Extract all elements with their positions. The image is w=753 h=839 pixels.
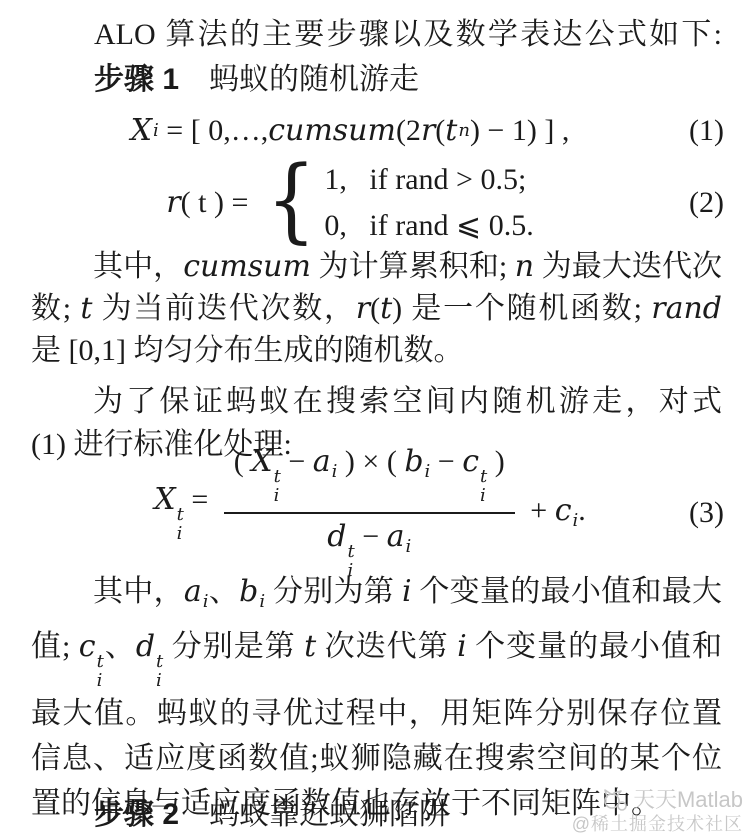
text-seg: 值;	[31, 630, 79, 663]
watermark-title: 天天Matlab	[633, 788, 743, 812]
text-seg: i	[402, 574, 412, 609]
text-line: 其中，cumsum 为计算累积和; n 为最大迭代次	[31, 246, 722, 288]
equation-3-tail: + ci.	[523, 494, 586, 531]
text-seg: b	[404, 444, 423, 479]
text-seg: rand	[651, 291, 722, 326]
text-line: 数; t 为当前迭代次数，r(t) 是一个随机函数; rand	[31, 288, 722, 330]
fraction-numerator: ( Xti − ai ) × ( bi − cti )	[224, 445, 515, 514]
text-seg: r	[356, 291, 370, 326]
watermark-cat-icon	[600, 787, 628, 813]
text-seg: 分别为第	[265, 575, 402, 608]
text-seg: i	[457, 629, 467, 664]
text-seg: cumsum	[268, 114, 396, 149]
text-seg: −	[355, 520, 387, 553]
text-seg: X	[154, 482, 175, 517]
equation-3-number: (3)	[660, 496, 724, 531]
text-seg: 步骤 2	[94, 798, 179, 831]
equation-1-body: Xi = [ 0,…,cumsum(2r(tn) − 1) ] ,	[40, 114, 660, 149]
text-seg: X	[131, 114, 152, 149]
watermark-line-1: 天天Matlab	[572, 787, 743, 813]
text-line: 信息、适应度函数值;蚁狮隐藏在搜索空间的某个位	[31, 736, 722, 781]
text-seg: 数;	[31, 292, 80, 325]
text-seg: −	[281, 445, 313, 478]
paragraph-cumsum-explanation: 其中，cumsum 为计算累积和; n 为最大迭代次 数; t 为当前迭代次数，…	[31, 246, 722, 372]
text-seg: 为了保证蚂蚁在搜索空间内随机游走，对式	[93, 385, 722, 418]
text-seg: (2	[396, 114, 421, 149]
text-seg: 、	[209, 575, 240, 608]
paper-page: ALO 算法的主要步骤以及数学表达公式如下: 步骤 1 蚂蚁的随机游走 Xi =…	[0, 0, 753, 839]
equation-2-cases: 1, if rand > 0.5; 0, if rand ⩽ 0.5.	[324, 163, 533, 244]
left-brace-glyph: {	[266, 161, 316, 239]
text-seg: 是 [0,1] 均匀分布生成的随机数。	[31, 334, 463, 367]
equation-1-number: (1)	[660, 114, 724, 149]
equation-3-body: Xti = ( Xti − ai ) × ( bi − cti ) dti − …	[40, 445, 660, 581]
case-row: 1, if rand > 0.5;	[324, 163, 526, 198]
text-seg: 个变量的最小值和	[467, 630, 722, 663]
text-line: 为了保证蚂蚁在搜索空间内随机游走，对式	[31, 380, 722, 423]
text-seg: (	[435, 114, 445, 149]
subscript: i	[406, 536, 412, 557]
text-seg: 步骤 1	[94, 63, 179, 96]
equation-2-number: (2)	[660, 186, 724, 221]
text-seg: t	[304, 629, 316, 664]
text-seg: t	[80, 291, 92, 326]
text-seg: 其中，	[93, 575, 184, 608]
text-seg: 、	[104, 630, 136, 663]
text-seg: =	[184, 483, 216, 516]
equation-2-lhs: r( t ) =	[166, 186, 256, 221]
step-2-heading: 步骤 2 蚂蚁靠近蚁狮陷阱	[94, 796, 449, 834]
text-seg: 蚂蚁靠近蚁狮陷阱	[179, 798, 449, 831]
intro-sentence: ALO 算法的主要步骤以及数学表达公式如下:	[94, 14, 722, 56]
equation-2-body: r( t ) = { 1, if rand > 0.5; 0, if rand …	[40, 161, 660, 245]
text-seg: 为计算累积和;	[311, 250, 515, 283]
text-seg: 0, if rand ⩽ 0.5.	[324, 209, 533, 242]
text-seg: c	[79, 629, 96, 664]
sub-sup-stack: ti	[97, 653, 104, 691]
text-seg: r	[166, 185, 180, 220]
text-seg: 为当前迭代次数，	[92, 292, 355, 325]
fraction: ( Xti − ai ) × ( bi − cti ) dti − ai	[224, 445, 515, 581]
text-seg: 1, if rand > 0.5;	[324, 163, 526, 196]
text-line: 其中，ai、bi 分别为第 i 个变量的最小值和最大	[31, 569, 722, 624]
text-seg: −	[430, 445, 462, 478]
text-seg: d	[136, 629, 155, 664]
equation-3-lhs: Xti =	[154, 483, 216, 544]
text-seg: ALO 算法的主要步骤以及数学表达公式如下:	[94, 18, 722, 51]
text-seg: .	[578, 494, 586, 527]
equation-1: Xi = [ 0,…,cumsum(2r(tn) − 1) ] , (1)	[40, 103, 724, 159]
text-seg: 个变量的最小值和最大	[412, 575, 722, 608]
text-seg: a	[387, 519, 405, 554]
text-seg: ( t ) =	[181, 186, 256, 219]
text-seg: ) 是一个随机函数;	[392, 292, 651, 325]
text-seg: +	[523, 494, 555, 527]
text-seg: X	[251, 444, 272, 479]
text-seg: (	[234, 445, 252, 478]
equation-3: Xti = ( Xti − ai ) × ( bi − cti ) dti − …	[40, 462, 724, 564]
sub-sup-stack: ti	[177, 506, 184, 544]
text-seg: n	[515, 249, 534, 284]
text-seg: 分别是第	[163, 630, 304, 663]
text-seg: d	[327, 519, 346, 554]
watermark: 天天Matlab @稀土掘金技术社区	[572, 787, 743, 835]
text-seg: a	[184, 574, 202, 609]
text-seg: ) − 1) ] ,	[470, 114, 569, 149]
text-seg: 蚂蚁的随机游走	[179, 63, 419, 96]
text-line: 最大值。蚂蚁的寻优过程中，用矩阵分别保存位置	[31, 691, 722, 736]
text-seg: t	[445, 114, 457, 149]
text-seg: a	[313, 444, 331, 479]
text-seg: 为最大迭代次	[534, 250, 722, 283]
text-seg: = [ 0,…,	[159, 114, 268, 149]
watermark-community: @稀土掘金技术社区	[572, 813, 743, 835]
equation-2: r( t ) = { 1, if rand > 0.5; 0, if rand …	[40, 157, 724, 249]
text-seg: c	[555, 493, 572, 528]
text-seg: t	[380, 291, 392, 326]
text-seg: r	[421, 114, 435, 149]
sub-sup-stack: ti	[274, 468, 281, 506]
text-seg: ) × (	[337, 445, 404, 478]
text-line: 是 [0,1] 均匀分布生成的随机数。	[31, 330, 722, 372]
text-seg: (	[370, 292, 380, 325]
case-row: 0, if rand ⩽ 0.5.	[324, 209, 533, 244]
text-seg: )	[487, 445, 505, 478]
step-1-heading: 步骤 1 蚂蚁的随机游走	[94, 61, 419, 99]
text-line: 值; cti、dti 分别是第 t 次迭代第 i 个变量的最小值和	[31, 624, 722, 691]
text-seg: 次迭代第	[316, 630, 457, 663]
subscript: n	[458, 121, 470, 142]
text-seg: 最大值。蚂蚁的寻优过程中，用矩阵分别保存位置	[31, 697, 722, 730]
text-seg: 信息、适应度函数值;蚁狮隐藏在搜索空间的某个位	[31, 742, 722, 775]
text-seg: b	[239, 574, 258, 609]
text-seg: cumsum	[183, 249, 311, 284]
text-seg: 其中，	[93, 250, 183, 283]
text-seg: c	[462, 444, 479, 479]
